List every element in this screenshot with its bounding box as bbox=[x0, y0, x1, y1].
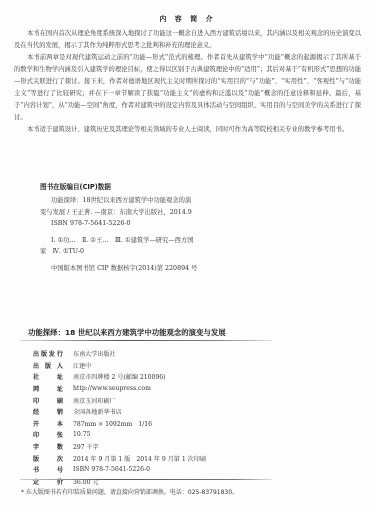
publication-value: 297 千字 bbox=[73, 441, 206, 453]
publication-value: 江建中 bbox=[73, 360, 206, 372]
publication-label: 字数 bbox=[33, 441, 73, 453]
publication-label: 社址 bbox=[33, 371, 73, 383]
publication-value: 2014 年 9 月第 1 版 2014 年 9 月第 1 次印刷 bbox=[73, 452, 206, 464]
publication-value: 10.75 bbox=[73, 429, 206, 441]
publication-value: 南京市四牌楼 2 号(邮编 210096) bbox=[73, 371, 206, 383]
publication-label: 书号 bbox=[33, 464, 73, 476]
publication-row: 版次 2014 年 9 月第 1 版 2014 年 9 月第 1 次印刷 bbox=[33, 452, 206, 464]
cip-classification: Ⅰ. ①功… Ⅱ. ①王… Ⅲ. ①建筑学—研究—西方国 bbox=[40, 235, 250, 247]
publication-row: 开本 787mm × 1092mm 1/16 bbox=[33, 418, 206, 430]
publication-website: http://www.seupress.com bbox=[73, 383, 206, 395]
publication-row: 书号 ISBN 978-7-5641-5226-0 bbox=[33, 464, 206, 476]
publication-value: 东南大学出版社 bbox=[73, 348, 206, 360]
publication-label: 印刷 bbox=[33, 394, 73, 406]
publication-row: 印刷 南京玉河印刷厂 bbox=[33, 394, 206, 406]
divider bbox=[20, 340, 272, 341]
cip-body: 功能探绎：18世纪以来西方建筑学中功能观念的演 变与发展 / 王正著. —南京：… bbox=[40, 195, 250, 258]
publication-row: 定价 36.00 元 bbox=[33, 476, 206, 488]
publication-info-table: 出版发行 东南大学出版社 出版人 江建中 社址 南京市四牌楼 2 号(邮编 21… bbox=[33, 348, 206, 487]
summary-section: 本书在国内首次从理论角度系统深入地探讨了功能这一概念自进入西方建筑话境以来，其内… bbox=[14, 28, 361, 136]
cip-line: 变与发展 / 王正著. —南京：东南大学出版社，2014.9 bbox=[40, 207, 250, 219]
publication-label: 版次 bbox=[33, 452, 73, 464]
publication-value: 36.00 元 bbox=[73, 476, 206, 488]
summary-paragraph: 本书前两章是对现代建筑运动之前的“功能—形式”范式的梳理。作者首先从建筑学中“功… bbox=[14, 52, 361, 124]
publication-label: 开本 bbox=[33, 418, 73, 430]
cip-line: 功能探绎：18世纪以来西方建筑学中功能观念的演 bbox=[40, 195, 250, 207]
publication-value: 南京玉河印刷厂 bbox=[73, 394, 206, 406]
publication-label: 出版人 bbox=[33, 360, 73, 372]
publication-row: 网址 http://www.seupress.com bbox=[33, 383, 206, 395]
publication-row: 出版发行 东南大学出版社 bbox=[33, 348, 206, 360]
publication-label: 出版发行 bbox=[33, 348, 73, 360]
publication-value: ISBN 978-7-5641-5226-0 bbox=[73, 464, 206, 476]
publication-row: 社址 南京市四牌楼 2 号(邮编 210096) bbox=[33, 371, 206, 383]
publication-value: 全国各地新华书店 bbox=[73, 406, 206, 418]
publication-label: 经销 bbox=[33, 406, 73, 418]
copyright-page: 内 容 简 介 本书在国内首次从理论角度系统深入地探讨了功能这一概念自进入西方建… bbox=[0, 0, 375, 506]
publication-label: 网址 bbox=[33, 383, 73, 395]
publication-row: 经销 全国各地新华书店 bbox=[33, 406, 206, 418]
summary-paragraph: 本书适于建筑设计、建筑历史及其理论等相关领域的专业人士阅读，同时可作为高等院校相… bbox=[14, 124, 361, 136]
summary-paragraph: 本书在国内首次从理论角度系统深入地探讨了功能这一概念自进入西方建筑话境以来，其内… bbox=[14, 28, 361, 52]
publication-row: 字数 297 千字 bbox=[33, 441, 206, 453]
divider bbox=[20, 479, 272, 480]
publication-label: 定价 bbox=[33, 476, 73, 488]
cip-section: 图书在版编目(CIP)数据 功能探绎：18世纪以来西方建筑学中功能观念的演 变与… bbox=[40, 181, 250, 272]
publication-value: 787mm × 1092mm 1/16 bbox=[73, 418, 206, 430]
cip-classification: 家 Ⅳ. ①TU-0 bbox=[40, 246, 250, 258]
cip-heading: 图书在版编目(CIP)数据 bbox=[40, 181, 250, 191]
footer-note: * 东大版图书若有印装质量问题，请直接向营销部调换。电话：025-8379183… bbox=[21, 487, 238, 496]
publication-row: 出版人 江建中 bbox=[33, 360, 206, 372]
cip-record-note: 中国版本图书馆 CIP 数据核字(2014)第 220894 号 bbox=[40, 263, 250, 272]
summary-title: 内 容 简 介 bbox=[0, 14, 375, 24]
publication-label: 印张 bbox=[33, 429, 73, 441]
cip-isbn: ISBN 978-7-5641-5226-0 bbox=[40, 218, 250, 230]
publication-title: 功能探绎：18 世纪以来西方建筑学中功能观念的演变与发展 bbox=[28, 327, 226, 338]
publication-row: 印张 10.75 bbox=[33, 429, 206, 441]
